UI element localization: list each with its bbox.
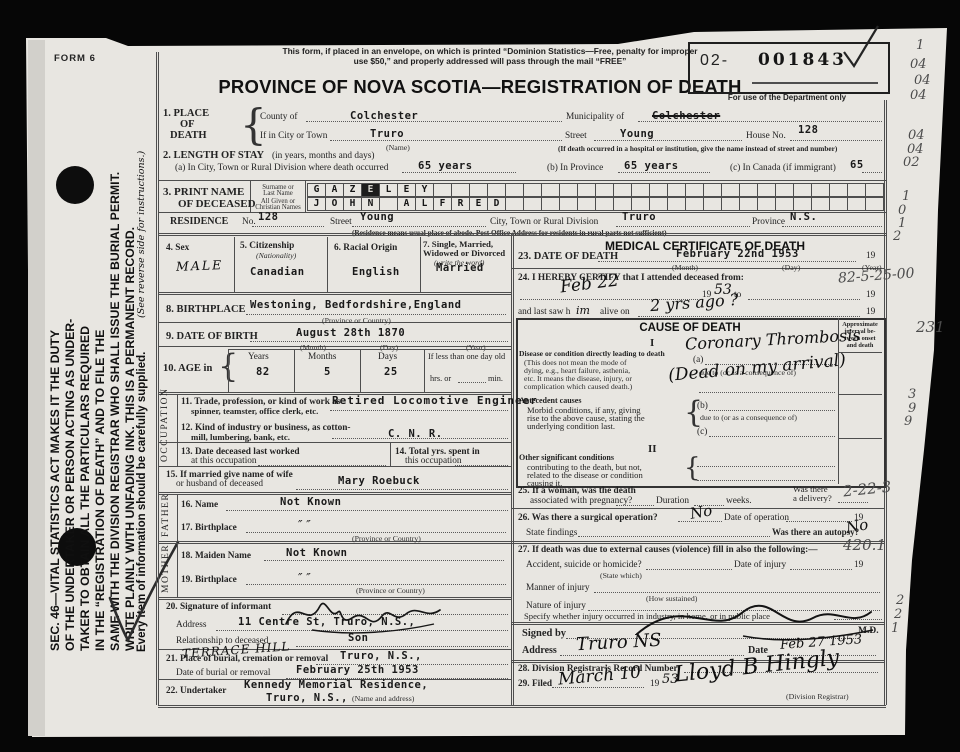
racial-origin-label: 6. Racial Origin (334, 243, 397, 253)
burial-date-value: February 25th 1953 (296, 664, 419, 676)
spouse-value: Mary Roebuck (338, 475, 420, 487)
mother-name-value: Not Known (286, 547, 347, 559)
citizenship-sub: (Nationality) (256, 251, 296, 260)
rule (638, 316, 860, 317)
rule (264, 560, 504, 561)
rule (697, 466, 835, 467)
delivery-label-2: a delivery? (793, 493, 832, 503)
informant-signature-label: 20. Signature of informant (166, 602, 271, 612)
rule (258, 465, 386, 466)
house-no-value: 128 (798, 124, 818, 136)
s13-label-2: at this occupation (191, 456, 257, 466)
roman-two: II (648, 443, 657, 455)
rule (709, 436, 835, 437)
residence-province-value: N.S. (790, 211, 817, 223)
physician-address-handwritten: Truro NS (576, 630, 662, 655)
rule (578, 536, 770, 537)
rule (646, 569, 732, 570)
margin-note: 2 (894, 607, 902, 622)
s2a-value: 65 years (418, 160, 473, 172)
s25-label: 25. If a woman, was the death (518, 486, 636, 496)
rule (250, 341, 508, 342)
father-name-label: 16. Name (181, 500, 218, 510)
death-registration-scan: SEC. 46—VITAL STATISTICS ACT MAKES IT TH… (0, 0, 960, 752)
rule (424, 350, 425, 392)
sex-label: 4. Sex (166, 243, 189, 253)
margin-note: 2 (893, 229, 901, 244)
rule (709, 410, 835, 411)
rule (838, 502, 868, 503)
s15-label-2: or husband of deceased (176, 479, 263, 489)
informant-address-label: Address (176, 620, 206, 630)
duration-label: Duration (656, 496, 689, 506)
surname-letter-boxes: GAZELEY (307, 183, 885, 197)
rule (699, 392, 835, 393)
rule (158, 541, 512, 544)
last-saw-label: and last saw h (518, 307, 570, 317)
s1-label-3: DEATH (170, 130, 207, 141)
weeks-label: weeks. (726, 496, 752, 506)
street-value: Young (620, 128, 654, 140)
birthdate-value: August 28th 1870 (296, 327, 405, 339)
margin-note: 04 (914, 73, 931, 88)
city-label: If in City or Town (260, 131, 327, 141)
occupation-value: Retired Locomotive Engineer (332, 394, 538, 407)
surname-caption-2: Last Name (252, 190, 304, 197)
residence-label: RESIDENCE (170, 216, 228, 227)
rule (560, 655, 744, 656)
rule (512, 541, 884, 544)
rule (228, 350, 229, 392)
municipality-value: Colchester (652, 110, 720, 122)
citizenship-value: Canadian (250, 266, 305, 278)
s11-label-2: spinner, teamster, office clerk, etc. (191, 406, 318, 416)
rule (360, 350, 361, 392)
year19-stub: 19 (650, 679, 659, 689)
year19-stub: 19 (866, 251, 875, 261)
s2c-label: (c) In Canada (if immigrant) (730, 163, 836, 173)
rule (838, 438, 882, 439)
rule (296, 489, 508, 490)
cause-b-label: (b) (697, 401, 708, 411)
rule (455, 465, 508, 466)
nature-label: Nature of injury (526, 601, 586, 611)
father-birthplace-label: 17. Birthplace (181, 523, 237, 533)
hrs-caption: hrs. or (430, 374, 451, 383)
rule (458, 382, 486, 383)
surgery-no-handwritten: No (689, 501, 714, 523)
rule (862, 172, 882, 173)
rule (752, 82, 878, 84)
rule (697, 480, 835, 481)
rule (296, 646, 508, 647)
age-label: 10. AGE in (163, 363, 212, 374)
s2b-label: (b) In Province (547, 163, 603, 173)
margin-note: 3 (908, 387, 916, 402)
department-use-caption: For use of the Department only (690, 93, 884, 102)
checkmark-icon (838, 22, 882, 68)
father-sidebar-label: FATHER (161, 497, 171, 537)
age-days-value: 25 (384, 366, 398, 378)
year19-stub: 19 (854, 560, 863, 570)
rule (786, 521, 852, 522)
name-caption: (Name) (386, 143, 410, 152)
margin-note: 04 (910, 88, 927, 103)
rule (598, 261, 856, 262)
occupation-sidebar-label: OCCUPATION (160, 396, 170, 462)
rule (158, 442, 512, 443)
rule (306, 121, 562, 122)
rule (512, 268, 884, 269)
margin-note: 2 (896, 593, 904, 608)
father-birthplace-caption: (Province or Country) (352, 534, 421, 543)
residence-province-label: Province (752, 217, 785, 227)
years-caption: Years (248, 352, 269, 362)
rule (158, 292, 512, 295)
rule (790, 140, 882, 141)
margin-note: 231 (916, 318, 945, 336)
s2-sub: (in years, months and days) (272, 151, 375, 161)
registration-number-prefix: 02- (700, 52, 729, 70)
leading-cause-note-4: complication which caused death.) (524, 382, 632, 391)
s1-label-2: OF (180, 119, 195, 130)
rule (330, 140, 562, 141)
month-caption: (Month) (672, 263, 698, 272)
rule (616, 226, 750, 227)
rule (332, 438, 508, 439)
birthplace-label: 8. BIRTHPLACE (166, 304, 246, 315)
margin-note: 02 (903, 155, 920, 170)
rule (390, 442, 391, 466)
form-title: PROVINCE OF NOVA SCOTIA—REGISTRATION OF … (200, 76, 760, 98)
rule (352, 226, 486, 227)
state-which-caption: (State which) (600, 571, 642, 580)
division-registrar-caption: (Division Registrar) (786, 692, 849, 701)
rule (177, 543, 178, 597)
undertaker-value-2: Truro, N.S., (266, 692, 348, 704)
age-months-value: 5 (324, 366, 331, 378)
rule (158, 492, 512, 495)
rule (252, 226, 324, 227)
s2a-label: (a) In City, Town or Rural Division wher… (175, 163, 388, 173)
accident-label: Accident, suicide or homicide? (526, 560, 642, 570)
margin-note: 9 (904, 414, 912, 429)
margin-note: 1 (916, 38, 924, 53)
marital-label-2: Widowed or Divorced (423, 248, 505, 258)
rule (790, 569, 852, 570)
rule (234, 237, 235, 292)
citizenship-label: 5. Citizenship (240, 241, 294, 251)
rule (402, 172, 516, 173)
injury-date-label: Date of injury (734, 560, 786, 570)
municipality-label: Municipality of (566, 112, 624, 122)
year19-stub: 19 (866, 307, 875, 317)
burial-place-value: Truro, N.S., (340, 650, 422, 662)
year19-stub: 19 (866, 290, 875, 300)
informant-signature (278, 588, 446, 638)
city-value: Truro (370, 128, 404, 140)
rule (552, 687, 644, 688)
mail-notice-line1: This form, if placed in an envelope, on … (250, 46, 730, 56)
rule (158, 466, 512, 467)
year-caption: (Year) (466, 343, 486, 352)
cause-c-label: (c) (697, 427, 707, 437)
rule (618, 172, 710, 173)
undertaker-label: 22. Undertaker (166, 686, 226, 696)
given-name-letter-boxes: JOHNALFRED (307, 197, 885, 211)
residence-street-label: Street (330, 217, 352, 227)
alive-on-label: alive on (600, 307, 630, 317)
statute-line: TAKER TO OBTAIN ALL THE PARTICULARS REQU… (78, 103, 93, 651)
residence-division-value: Truro (622, 211, 656, 223)
form-left-border (156, 52, 159, 705)
mother-birthplace-ditto: ″ ″ (298, 571, 311, 585)
see-reverse-note: (See reverse side for instructions.) (136, 150, 147, 317)
day-caption: (Day) (380, 343, 398, 352)
operation-date-label: Date of operation (724, 513, 789, 523)
father-birthplace-ditto: ″ ″ (298, 518, 311, 532)
leading-cause-label: Disease or condition directly leading to… (519, 349, 665, 358)
racial-origin-value: English (352, 266, 400, 278)
him-handwritten: im (576, 304, 590, 317)
rule (228, 349, 512, 350)
rule (177, 494, 178, 541)
s27-label: 27. If death was due to external causes … (518, 545, 818, 555)
mail-notice-line2: use $50,” and properly addressed will pa… (250, 56, 730, 66)
undertaker-caption: (Name and address) (352, 694, 414, 703)
birthdate-label: 9. DATE OF BIRTH (166, 331, 258, 342)
rule (327, 237, 328, 292)
street-label: Street (565, 131, 587, 141)
physician-address-label: Address (522, 645, 557, 656)
page-edge-strip (28, 40, 45, 736)
margin-note: 1 (902, 189, 910, 204)
rule (158, 346, 512, 347)
brace: { (684, 455, 701, 481)
hospital-caption: (If death occurred in a hospital or inst… (558, 144, 837, 153)
autopsy-no-handwritten: No (845, 515, 870, 537)
day-caption: (Day) (782, 263, 800, 272)
other-conditions-label: Other significant conditions (519, 453, 614, 462)
rule (782, 226, 882, 227)
days-caption: Days (378, 352, 397, 362)
mother-name-label: 18. Maiden Name (181, 551, 251, 561)
filed-label: 29. Filed (518, 679, 552, 689)
mother-sidebar-label: MOTHER (161, 547, 171, 593)
rule (177, 394, 178, 466)
undertaker-value-1: Kennedy Memorial Residence, (244, 679, 428, 691)
house-no-label: House No. (746, 131, 786, 141)
s1-label: 1. PLACE (163, 108, 209, 119)
marital-value: Married (436, 262, 484, 274)
rule (158, 233, 886, 236)
rule (838, 394, 882, 395)
registration-number: 001843 (758, 50, 847, 70)
less-than-day-caption: If less than one day old (428, 352, 505, 361)
s2c-value: 65 (850, 159, 864, 171)
column-divider (511, 233, 514, 705)
residence-division-label: City, Town or Rural Division (490, 217, 598, 227)
sex-value-handwritten: MALE (176, 257, 224, 274)
statute-line: OF THE UNDERTAKER OR PERSON ACTING AS UN… (63, 103, 78, 651)
signed-by-label: Signed by (522, 628, 566, 639)
rule (330, 410, 508, 411)
death-date-value: February 22nd 1953 (676, 248, 799, 260)
s2b-value: 65 years (624, 160, 679, 172)
given-caption-2: Christian Names (250, 204, 306, 211)
manner-label: Manner of injury (526, 583, 590, 593)
rule (420, 237, 421, 292)
month-caption: (Month) (300, 343, 326, 352)
s2-label: 2. LENGTH OF STAY (163, 150, 264, 161)
rule (748, 299, 860, 300)
age-years-value: 82 (256, 366, 270, 378)
s14-label-2: this occupation (405, 456, 462, 466)
margin-note: 420.1 (843, 536, 886, 554)
due-to-caption-2: due to (or as a consequence of) (700, 413, 797, 422)
margin-note: 04 (910, 57, 927, 72)
margin-note: 1 (891, 621, 899, 636)
rule (158, 180, 886, 181)
mother-birthplace-label: 19. Birthplace (181, 575, 237, 585)
father-name-value: Not Known (280, 496, 341, 508)
form-number-label: FORM 6 (54, 53, 96, 64)
rule (246, 532, 506, 533)
margin-note: 04 (908, 128, 925, 143)
s12-label-2: mill, lumbering, bank, etc. (191, 432, 290, 442)
residence-no-value: 128 (258, 211, 278, 223)
rule (246, 584, 506, 585)
birthplace-value: Westoning, Bedfordshire,England (250, 299, 461, 311)
months-caption: Months (308, 352, 336, 362)
rule (594, 140, 742, 141)
burial-date-label: Date of burial or removal (176, 668, 270, 678)
rule (294, 350, 295, 392)
rule (226, 510, 508, 511)
statute-line: SEC. 46—VITAL STATISTICS ACT MAKES IT TH… (48, 103, 63, 651)
state-findings-label: State findings (526, 528, 577, 538)
roman-one: I (650, 337, 654, 349)
s3-label-2: OF DECEASED (178, 198, 256, 210)
rule (246, 314, 506, 315)
county-value: Colchester (350, 110, 418, 122)
certify-label: 24. I HEREBY CERTIFY that I attended dec… (518, 273, 744, 283)
min-caption: min. (488, 374, 503, 383)
rule (616, 505, 654, 506)
birthplace-caption: (Province or Country) (322, 316, 391, 325)
rule (158, 705, 886, 708)
county-label: County of (260, 112, 297, 122)
s26-label: 26. Was there a surgical operation? (518, 513, 658, 523)
residence-street-value: Young (360, 211, 394, 223)
antecedent-note-3: underlying condition last. (527, 421, 615, 431)
rule (678, 521, 722, 522)
s3-label: 3. PRINT NAME (163, 186, 244, 198)
